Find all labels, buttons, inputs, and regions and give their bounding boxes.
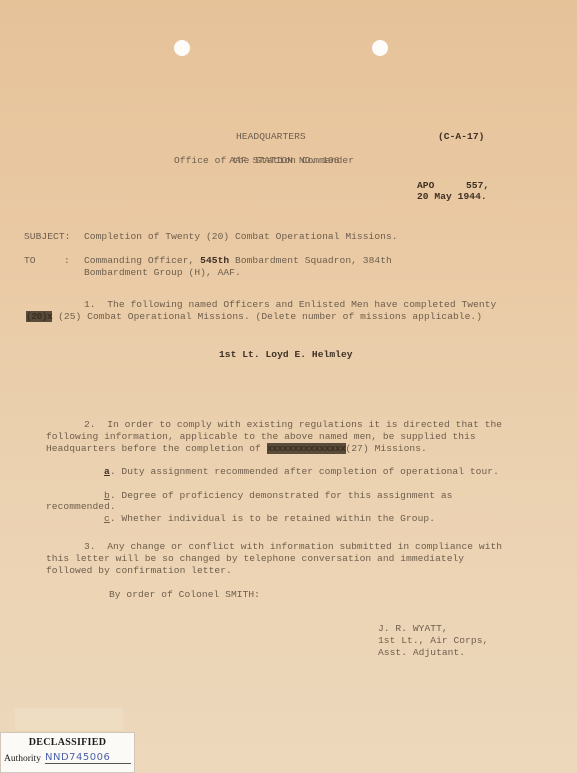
to-unit: Bombardment Squadron, 384th (235, 255, 392, 266)
item-text: . Whether individual is to be retained w… (110, 513, 435, 524)
document-date: 20 May 1944. (417, 191, 487, 203)
subject-text: Completion of Twenty (20) Combat Operati… (84, 231, 398, 243)
signature-name: J. R. WYATT, (378, 623, 448, 635)
to-colon: : (64, 255, 70, 267)
paragraph-2-line-3: Headquarters before the completion of xx… (46, 443, 427, 455)
signature-title: Asst. Adjutant. (378, 647, 465, 659)
punch-hole-right (372, 40, 388, 56)
paragraph-1-line-2: (20)x (25) Combat Operational Missions. … (26, 311, 482, 323)
item-a: a. Duty assignment recommended after com… (104, 466, 499, 478)
stamp-title: DECLASSIFIED (1, 737, 134, 748)
struck-text: xxxxxxxxxxxxxxx (267, 443, 346, 454)
squadron-number: 545th (200, 255, 229, 266)
paragraph-1-text: (25) Combat Operational Missions. (Delet… (58, 311, 482, 322)
signature-rank: 1st Lt., Air Corps, (378, 635, 488, 647)
named-person: 1st Lt. Loyd E. Helmley (219, 349, 353, 361)
item-b: b. Degree of proficiency demonstrated fo… (104, 490, 452, 502)
paragraph-2-line-2: following information, applicable to the… (46, 431, 476, 443)
struck-text: (20)x (26, 311, 52, 322)
apo-number: 557, (466, 180, 489, 192)
tape-mark (15, 708, 123, 730)
declassified-stamp: DECLASSIFIED Authority NND745006 (0, 732, 135, 773)
item-b-continuation: recommended. (46, 501, 116, 513)
paragraph-3-line-3: followed by confirmation letter. (46, 565, 232, 577)
paragraph-2-line-1: 2. In order to comply with existing regu… (84, 419, 502, 431)
item-text: . Duty assignment recommended after comp… (110, 466, 499, 477)
stamp-authority-value: NND745006 (45, 752, 131, 764)
order-line: By order of Colonel SMITH: (109, 589, 260, 601)
paragraph-2-suffix: (27) Missions. (346, 443, 427, 454)
header-office: Office of the Station Commander (174, 155, 354, 167)
item-text: . Degree of proficiency demonstrated for… (110, 490, 453, 501)
paragraph-2-prefix: Headquarters before the completion of (46, 443, 261, 454)
apo-label: APO (417, 180, 434, 192)
paragraph-1-line-1: 1. The following named Officers and Enli… (84, 299, 496, 311)
document-page: HEADQUARTERS AAF STATION NO. 106 Office … (0, 0, 577, 773)
header-headquarters: HEADQUARTERS (236, 131, 306, 143)
punch-hole-left (174, 40, 190, 56)
file-code: (C-A-17) (438, 131, 484, 143)
to-line-2: Bombardment Group (H), AAF. (84, 267, 241, 279)
paragraph-3-line-2: this letter will be so changed by teleph… (46, 553, 464, 565)
paragraph-3-line-1: 3. Any change or conflict with informati… (84, 541, 502, 553)
to-line-1: Commanding Officer, 545th Bombardment Sq… (84, 255, 392, 267)
stamp-authority-label: Authority (4, 754, 41, 764)
to-recipient: Commanding Officer, (84, 255, 194, 266)
to-label: TO (24, 255, 36, 267)
subject-label: SUBJECT: (24, 231, 70, 243)
item-c: c. Whether individual is to be retained … (104, 513, 435, 525)
